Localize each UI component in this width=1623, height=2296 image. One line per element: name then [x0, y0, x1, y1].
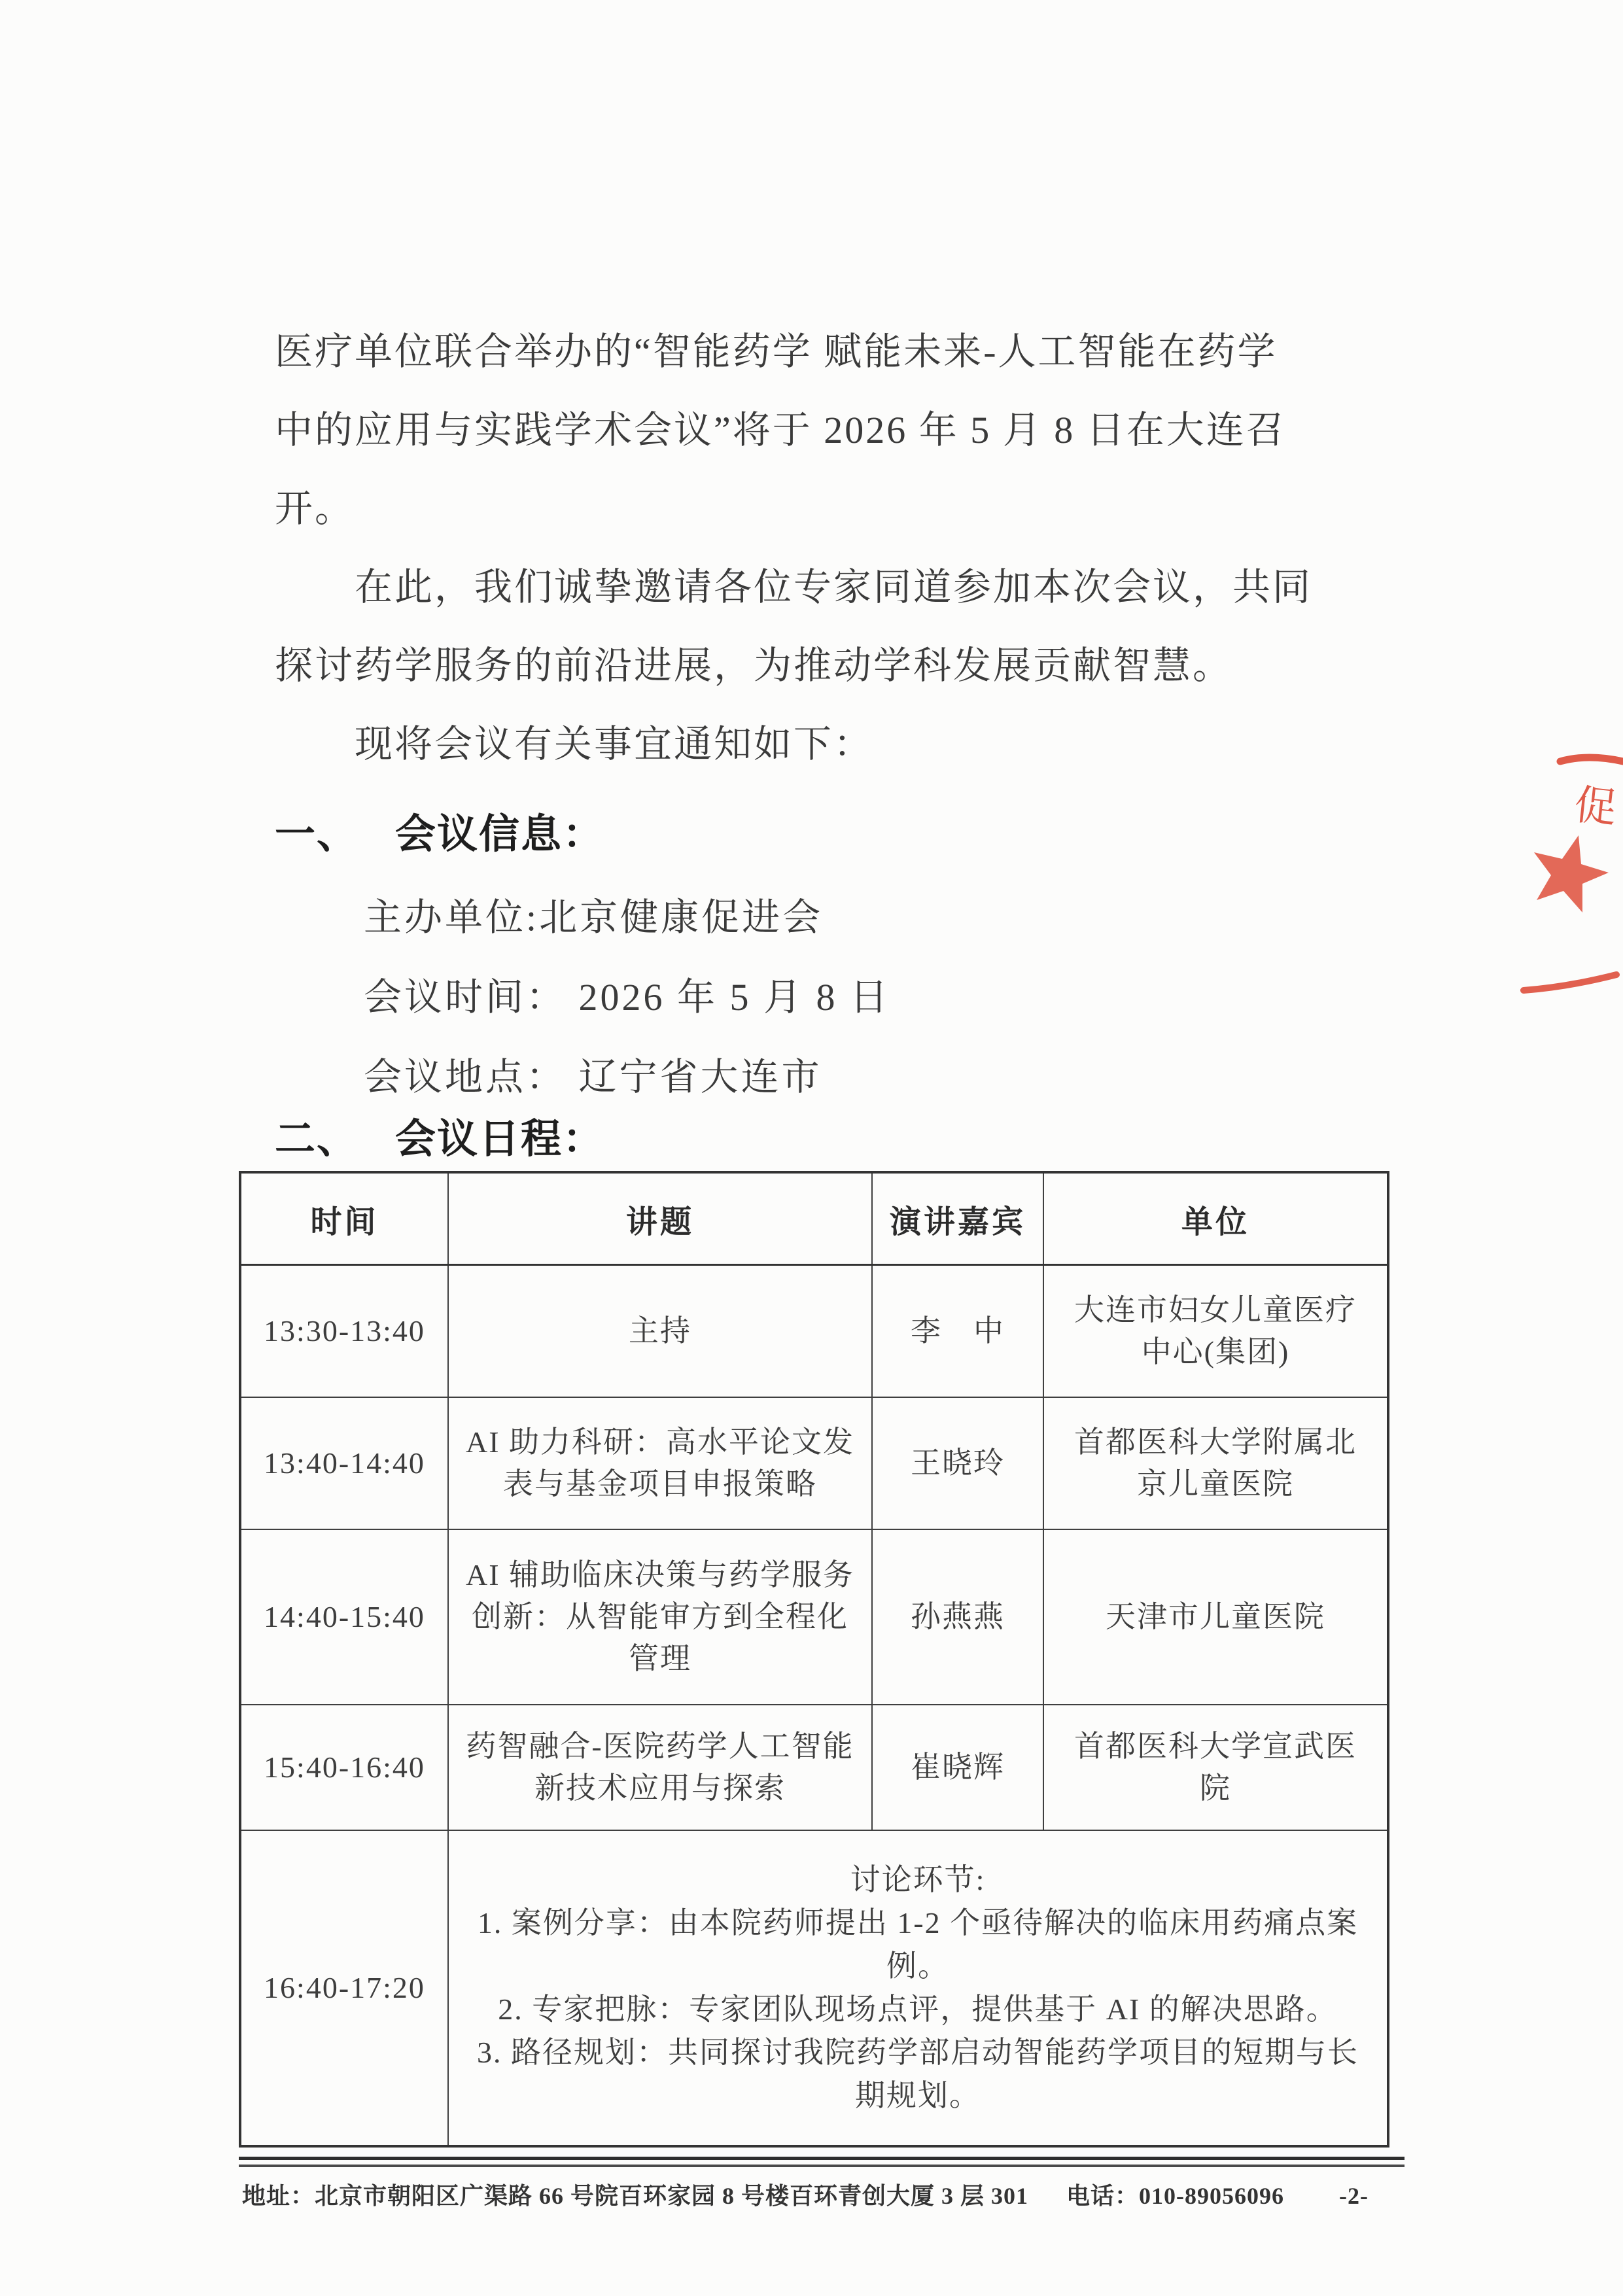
cell-discussion: 讨论环节: 1. 案例分享：由本院药师提出 1-2 个亟待解决的临床用药痛点案例…	[448, 1830, 1388, 2146]
cell-speaker: 孙燕燕	[872, 1529, 1043, 1705]
section-title: 会议日程：	[395, 1108, 604, 1171]
cell-topic: 药智融合-医院药学人工智能新技术应用与探索	[448, 1705, 872, 1830]
seal-bottom-arc	[1524, 975, 1616, 990]
discussion-title: 讨论环节:	[464, 1858, 1371, 1902]
seal-character: 促	[1572, 782, 1618, 832]
agenda-row: 13:40-14:40 AI 助力科研：高水平论文发表与基金项目申报策略 王晓玲…	[240, 1397, 1388, 1529]
cell-org: 大连市妇女儿童医疗中心(集团)	[1043, 1265, 1388, 1398]
meeting-info-place: 会议地点： 辽宁省大连市	[275, 1037, 1354, 1117]
seal-star	[1534, 835, 1609, 913]
cell-org: 天津市儿童医院	[1043, 1529, 1388, 1705]
paragraph-line: 开。	[275, 470, 1354, 548]
section-number: 一、	[275, 795, 358, 874]
section-number: 二、	[275, 1108, 358, 1171]
cell-topic: AI 辅助临床决策与药学服务创新：从智能审方到全程化管理	[448, 1529, 872, 1705]
paragraph-line: 在此，我们诚挚邀请各位专家同道参加本次会议，共同	[275, 548, 1354, 627]
cell-org: 首都医科大学宣武医院	[1043, 1705, 1388, 1830]
agenda-row: 13:30-13:40 主持 李 中 大连市妇女儿童医疗中心(集团)	[240, 1265, 1388, 1398]
meeting-info-host: 主办单位:北京健康促进会	[275, 878, 1354, 958]
paragraph-line: 探讨药学服务的前沿进展，为推动学科发展贡献智慧。	[275, 627, 1354, 705]
col-header-speaker: 演讲嘉宾	[872, 1172, 1043, 1265]
paragraph-notice: 现将会议有关事宜通知如下：	[275, 705, 1354, 784]
agenda-table: 时间 讲题 演讲嘉宾 单位 13:30-13:40 主持 李 中 大连市妇女儿童…	[239, 1171, 1389, 2148]
agenda-row-discussion: 16:40-17:20 讨论环节: 1. 案例分享：由本院药师提出 1-2 个亟…	[240, 1830, 1388, 2146]
cell-time: 15:40-16:40	[240, 1705, 448, 1830]
agenda-row: 14:40-15:40 AI 辅助临床决策与药学服务创新：从智能审方到全程化管理…	[240, 1529, 1388, 1705]
cell-org: 首都医科大学附属北京儿童医院	[1043, 1397, 1388, 1529]
paragraph-line: 医疗单位联合举办的“智能药学 赋能未来-人工智能在药学	[275, 313, 1354, 391]
cell-speaker: 李 中	[872, 1265, 1043, 1398]
cell-topic: AI 助力科研：高水平论文发表与基金项目申报策略	[448, 1397, 872, 1529]
discussion-item: 1. 案例分享：由本院药师提出 1-2 个亟待解决的临床用药痛点案例。	[464, 1902, 1371, 1988]
paragraph-line: 中的应用与实践学术会议”将于 2026 年 5 月 8 日在大连召	[275, 391, 1354, 470]
footer-phone: 电话：010-89056096	[1066, 2178, 1284, 2211]
footer-address: 地址：北京市朝阳区广渠路 66 号院百环家园 8 号楼百环青创大厦 3 层 30…	[242, 2178, 1028, 2211]
section-heading-meeting-info: 一、 会议信息：	[275, 795, 1354, 874]
cell-time: 14:40-15:40	[240, 1529, 448, 1705]
agenda-row: 15:40-16:40 药智融合-医院药学人工智能新技术应用与探索 崔晓辉 首都…	[240, 1705, 1388, 1830]
page-footer: 地址：北京市朝阳区广渠路 66 号院百环家园 8 号楼百环青创大厦 3 层 30…	[242, 2178, 1354, 2211]
document-page: 医疗单位联合举办的“智能药学 赋能未来-人工智能在药学 中的应用与实践学术会议”…	[0, 0, 1623, 2296]
seal-top-arc	[1560, 757, 1623, 761]
meeting-info-time: 会议时间： 2026 年 5 月 8 日	[275, 958, 1354, 1037]
cell-topic: 主持	[448, 1265, 872, 1398]
cell-time: 13:30-13:40	[240, 1265, 448, 1398]
discussion-item: 2. 专家把脉：专家团队现场点评，提供基于 AI 的解决思路。	[464, 1988, 1371, 2031]
col-header-time: 时间	[240, 1172, 448, 1265]
footer-divider	[239, 2157, 1405, 2167]
col-header-org: 单位	[1043, 1172, 1388, 1265]
cell-time: 13:40-14:40	[240, 1397, 448, 1529]
seal-graphics: 促	[1524, 757, 1623, 990]
cell-speaker: 王晓玲	[872, 1397, 1043, 1529]
col-header-topic: 讲题	[448, 1172, 872, 1265]
agenda-header-row: 时间 讲题 演讲嘉宾 单位	[240, 1172, 1388, 1265]
discussion-item: 3. 路径规划：共同探讨我院药学部启动智能药学项目的短期与长期规划。	[464, 2031, 1371, 2117]
paragraph-intro: 医疗单位联合举办的“智能药学 赋能未来-人工智能在药学 中的应用与实践学术会议”…	[275, 313, 1354, 548]
section-heading-agenda: 二、 会议日程：	[275, 1108, 1354, 1171]
footer-page-number: -2-	[1339, 2182, 1369, 2210]
meeting-info-list: 主办单位:北京健康促进会 会议时间： 2026 年 5 月 8 日 会议地点： …	[275, 878, 1354, 1117]
cell-speaker: 崔晓辉	[872, 1705, 1043, 1830]
document-content: 医疗单位联合举办的“智能药学 赋能未来-人工智能在药学 中的应用与实践学术会议”…	[275, 0, 1354, 2211]
paragraph-invitation: 在此，我们诚挚邀请各位专家同道参加本次会议，共同 探讨药学服务的前沿进展，为推动…	[275, 548, 1354, 705]
cell-time: 16:40-17:20	[240, 1830, 448, 2146]
section-title: 会议信息：	[395, 795, 604, 874]
red-seal-fragment: 促	[1518, 746, 1623, 1007]
